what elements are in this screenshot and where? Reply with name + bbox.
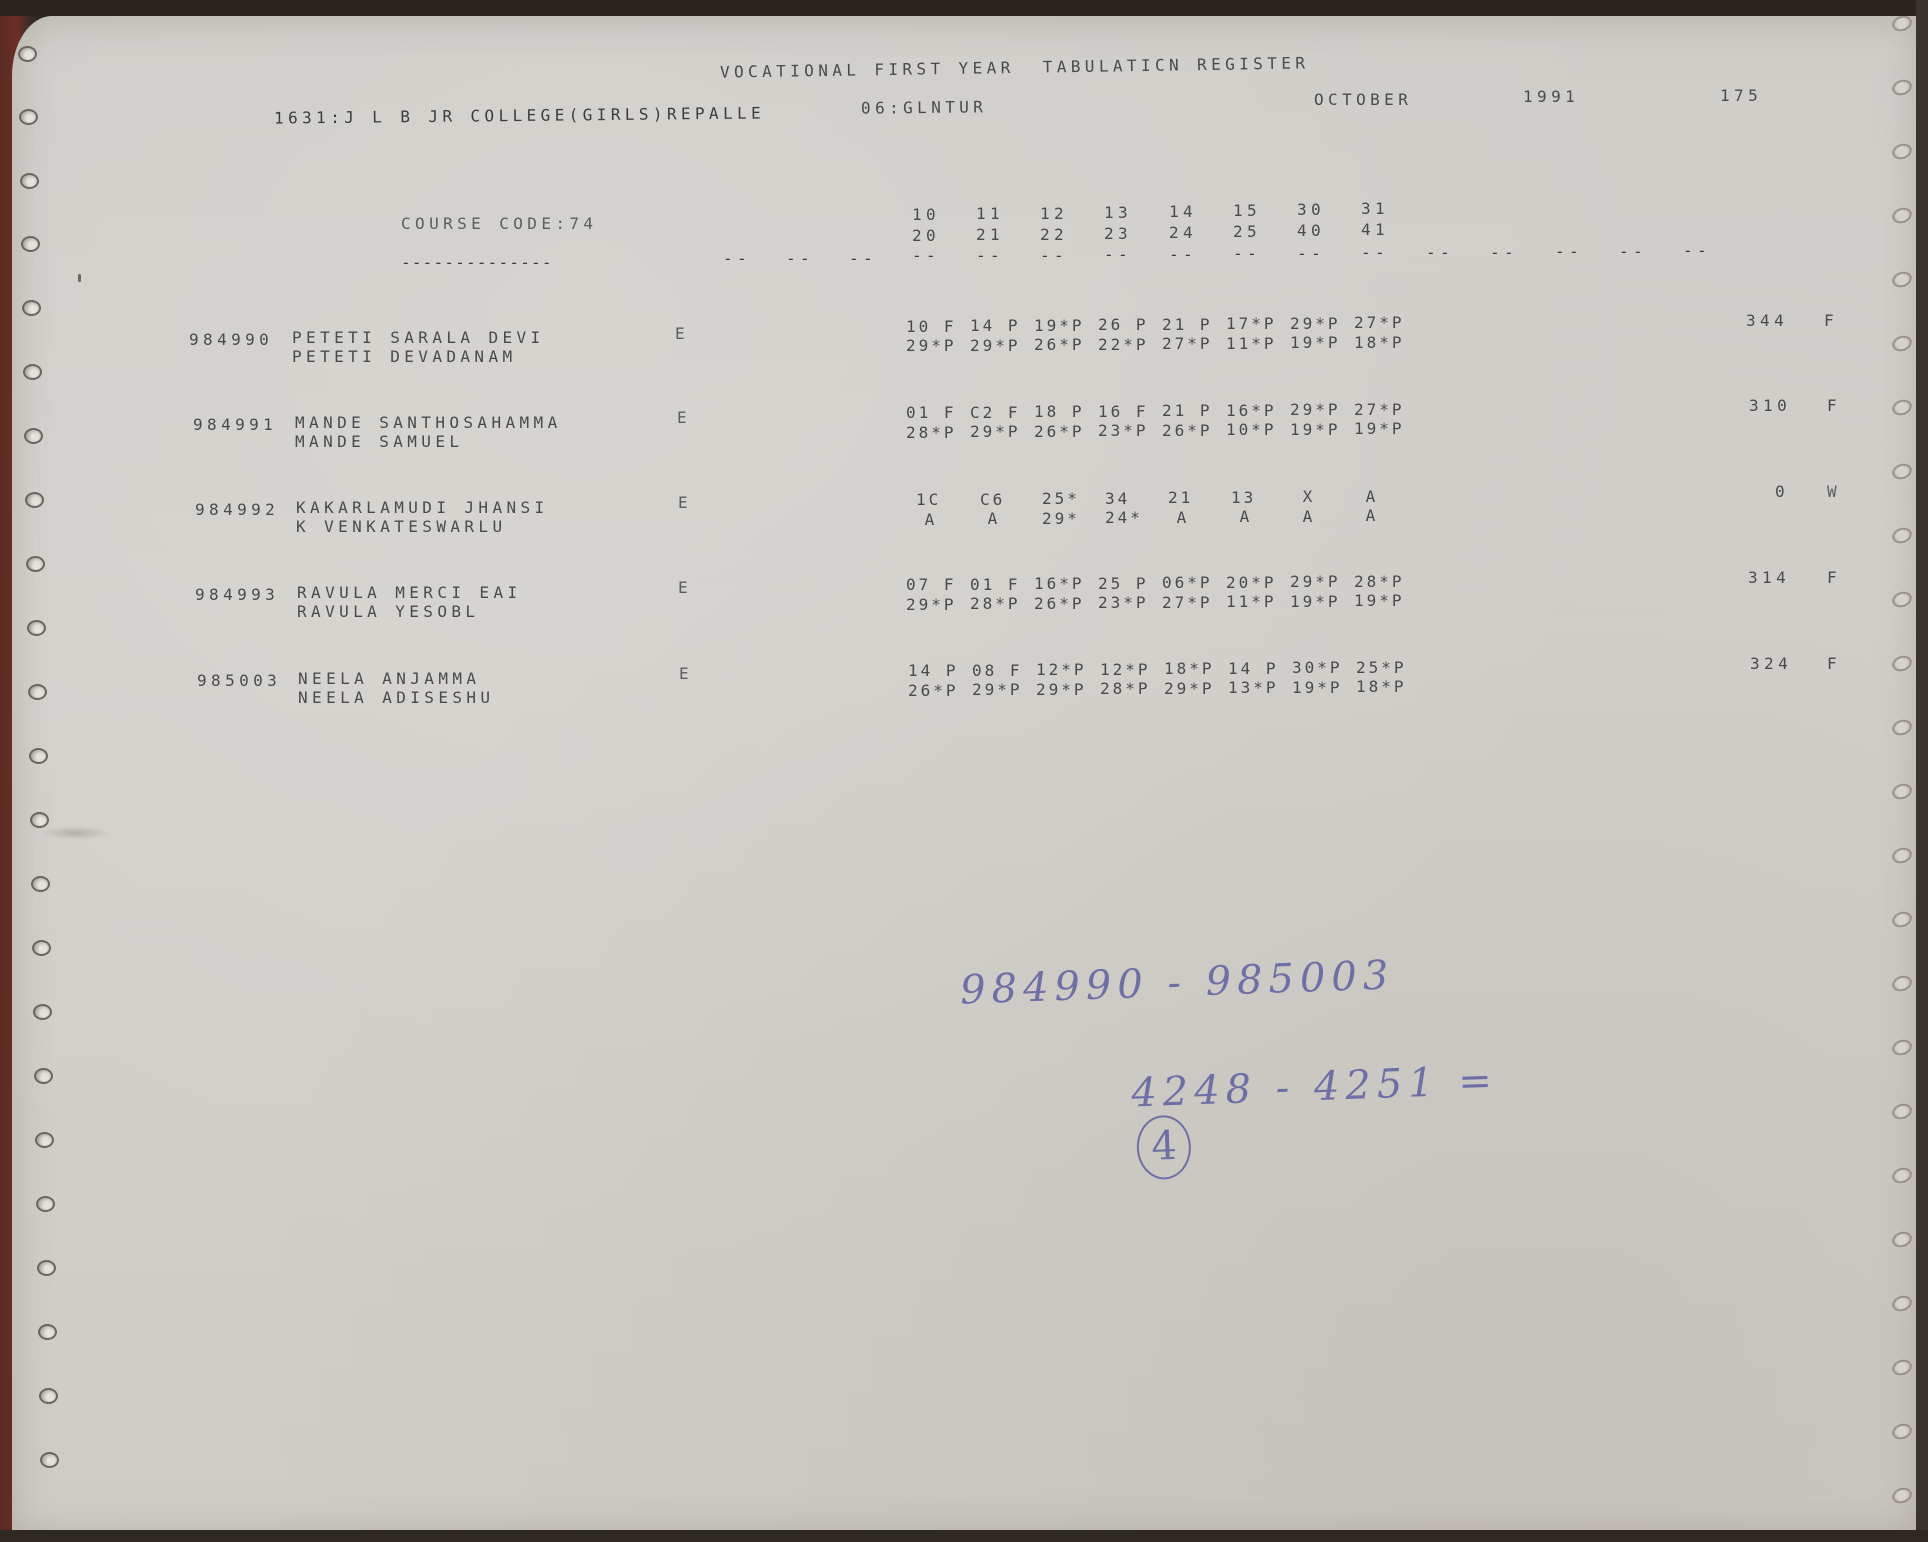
marks: 19*P — [1034, 318, 1085, 334]
parent-name: K VENKATESWARLU — [296, 519, 507, 535]
perforation-hole-icon — [36, 1196, 55, 1212]
hall-ticket-number: 984993 — [195, 587, 279, 603]
result: W — [1827, 484, 1841, 500]
student-name: MANDE SANTHOSAHAMMA — [295, 415, 562, 431]
perforation-hole-icon — [35, 1132, 54, 1148]
marks: 18*P — [1164, 661, 1215, 677]
circled-count: 4 — [1136, 1114, 1192, 1180]
subject-code: 10 — [912, 207, 940, 223]
marks: 08 F — [972, 663, 1023, 679]
subject-code: 12 — [1040, 206, 1068, 222]
perforation-hole-icon — [26, 556, 45, 572]
medium: E — [675, 326, 689, 342]
marks: 01 F — [970, 577, 1021, 593]
perforation-hole-icon — [1890, 717, 1914, 737]
marks: 26 P — [1098, 317, 1149, 333]
dash: -- — [786, 251, 814, 267]
marks: 21 — [1168, 490, 1219, 506]
marks: 19*P — [1290, 422, 1341, 438]
marks: C2 F — [970, 405, 1021, 421]
marks: 13*P — [1228, 680, 1279, 696]
marks: 19*P — [1354, 421, 1405, 437]
marks: 26*P — [1034, 424, 1085, 440]
dash: -- — [849, 251, 877, 267]
marks: 34 — [1105, 491, 1156, 507]
perforation-hole-icon — [1890, 589, 1914, 609]
perforation-hole-icon — [1890, 653, 1914, 673]
marks: 16 F — [1098, 404, 1149, 420]
marks: 29*P — [1164, 681, 1215, 697]
perforation-hole-icon — [34, 1068, 53, 1084]
subject-code: 21 — [976, 227, 1004, 243]
marks: A — [1353, 489, 1404, 505]
marks: 14 P — [970, 318, 1021, 334]
student-name: NEELA ANJAMMA — [298, 671, 480, 687]
marks: 19*P — [1354, 593, 1405, 609]
student-name: RAVULA MERCI EAI — [297, 585, 522, 601]
marks: 06*P — [1162, 575, 1213, 591]
marks: 14 P — [908, 663, 959, 679]
perforation-hole-icon — [1890, 77, 1914, 97]
dash: -- — [1619, 244, 1647, 260]
photo-stage: VOCATIONAL FIRST YEAR TABULATICN REGISTE… — [0, 0, 1928, 1542]
subject-code: 23 — [1104, 226, 1132, 242]
result: F — [1827, 656, 1841, 672]
perforation-hole-icon — [1890, 1421, 1914, 1441]
perforation-hole-icon — [1890, 1293, 1914, 1313]
perforation-hole-icon — [1890, 1037, 1914, 1057]
perforation-hole-icon — [1890, 973, 1914, 993]
marks: 27*P — [1162, 595, 1213, 611]
perforation-hole-icon — [19, 109, 38, 125]
perforation-hole-icon — [1890, 1101, 1914, 1121]
perforation-hole-icon — [24, 428, 43, 444]
marks: 22*P — [1098, 337, 1149, 353]
perforation-hole-icon — [25, 492, 44, 508]
total-marks: 314 — [1748, 570, 1790, 586]
marks: 29*P — [970, 424, 1021, 440]
medium: E — [679, 666, 693, 682]
hall-ticket-number: 984991 — [193, 417, 277, 433]
marks: 30*P — [1292, 660, 1343, 676]
perforation-hole-icon — [1890, 205, 1914, 225]
marks: 10 F — [906, 319, 957, 335]
subject-code: 15 — [1233, 203, 1261, 219]
marks: 20*P — [1226, 575, 1277, 591]
dash: -- — [1683, 243, 1711, 259]
marks: 12*P — [1100, 662, 1151, 678]
perforation-hole-icon — [1890, 269, 1914, 289]
exam-year: 1991 — [1523, 89, 1579, 105]
perforation-hole-icon — [1890, 1229, 1914, 1249]
exam-month: OCTOBER — [1314, 92, 1412, 108]
handwritten-serial-text: 4248 - 4251 = — [1130, 1058, 1498, 1117]
dash: -- — [1104, 247, 1132, 263]
perforation-hole-icon — [1890, 781, 1914, 801]
marks: A — [1164, 510, 1215, 526]
marks: 26*P — [1034, 337, 1085, 353]
perforation-hole-icon — [32, 940, 51, 956]
marks: 18*P — [1356, 679, 1407, 695]
subject-code: 24 — [1169, 225, 1197, 241]
hall-ticket-number: 984992 — [195, 502, 279, 518]
marks: 16*P — [1226, 403, 1277, 419]
marks: 26*P — [1162, 423, 1213, 439]
marks: A — [1290, 509, 1341, 525]
marks: 23*P — [1098, 423, 1149, 439]
perforation-hole-icon — [23, 364, 42, 380]
paper-crease — [40, 826, 110, 840]
marks: 19*P — [1290, 335, 1341, 351]
parent-name: PETETI DEVADANAM — [292, 349, 517, 365]
marks: A — [912, 512, 963, 528]
page-number: 175 — [1720, 88, 1762, 104]
dash: -- — [1555, 244, 1583, 260]
marks: 28*P — [1354, 574, 1405, 590]
marks: 28*P — [970, 596, 1021, 612]
marks: 29*P — [1036, 682, 1087, 698]
marks: 25* — [1042, 491, 1093, 507]
dash: -- — [1297, 246, 1325, 262]
perforation-hole-icon — [38, 1324, 57, 1340]
marks: 18*P — [1354, 335, 1405, 351]
marks: 29*P — [970, 338, 1021, 354]
marks: 29*P — [1290, 316, 1341, 332]
total-marks: 0 — [1775, 484, 1789, 500]
subject-code: 41 — [1361, 222, 1389, 238]
marks: 10*P — [1226, 422, 1277, 438]
marks: A — [1227, 509, 1278, 525]
marks: 07 F — [906, 577, 957, 593]
result: F — [1827, 570, 1841, 586]
marks: 29* — [1042, 511, 1093, 527]
marks: 16*P — [1034, 576, 1085, 592]
marks: 28*P — [1100, 681, 1151, 697]
marks: C6 — [980, 492, 1031, 508]
hall-ticket-number: 985003 — [197, 673, 281, 689]
perforation-hole-icon — [40, 1452, 59, 1468]
course-code-underline: -------------- — [401, 255, 553, 271]
perforation-hole-icon — [1890, 909, 1914, 929]
dash: -- — [1169, 247, 1197, 263]
marks: A — [1353, 508, 1404, 524]
total-marks: 324 — [1750, 656, 1792, 672]
perforation-hole-icon — [31, 876, 50, 892]
perforation-hole-icon — [30, 812, 49, 828]
perforation-hole-icon — [33, 1004, 52, 1020]
dash: -- — [1490, 245, 1518, 261]
marks: 1C — [916, 492, 967, 508]
marks: 17*P — [1226, 316, 1277, 332]
college-name: 1631:J L B JR COLLEGE(GIRLS)REPALLE — [274, 105, 765, 126]
perforation-hole-icon — [1890, 13, 1914, 33]
parent-name: RAVULA YESOBL — [297, 604, 479, 620]
total-marks: 344 — [1746, 313, 1788, 329]
marks: 12*P — [1036, 662, 1087, 678]
perforation-hole-icon — [1890, 845, 1914, 865]
subject-code: 20 — [912, 228, 940, 244]
perforation-hole-icon — [1890, 525, 1914, 545]
marks: A — [975, 511, 1026, 527]
medium: E — [678, 580, 692, 596]
marks: 26*P — [908, 683, 959, 699]
marks: 13 — [1231, 490, 1282, 506]
perforation-hole-icon — [1890, 141, 1914, 161]
perforation-hole-icon — [21, 236, 40, 252]
hall-ticket-number: 984990 — [189, 332, 273, 348]
perforation-hole-icon — [1890, 1485, 1914, 1505]
register-title: VOCATIONAL FIRST YEAR TABULATICN REGISTE… — [720, 55, 1310, 80]
marks: 25*P — [1356, 660, 1407, 676]
perforation-hole-icon — [22, 300, 41, 316]
perforation-hole-icon — [39, 1388, 58, 1404]
subject-code: 25 — [1233, 224, 1261, 240]
dash: -- — [1233, 246, 1261, 262]
dash: -- — [976, 248, 1004, 264]
marks: 11*P — [1226, 594, 1277, 610]
marks: 18 P — [1034, 404, 1085, 420]
marks: 26*P — [1034, 596, 1085, 612]
marks: 29*P — [906, 597, 957, 613]
subject-code: 22 — [1040, 227, 1068, 243]
marks: 21 P — [1162, 403, 1213, 419]
marks: 19*P — [1290, 594, 1341, 610]
total-marks: 310 — [1749, 398, 1791, 414]
perforation-hole-icon — [27, 620, 46, 636]
subject-code: 30 — [1297, 202, 1325, 218]
subject-code: 40 — [1297, 223, 1325, 239]
dash: -- — [1426, 245, 1454, 261]
marks: 19*P — [1292, 680, 1343, 696]
result: F — [1824, 313, 1838, 329]
handwritten-range: 984990 - 985003 — [959, 952, 1395, 1013]
medium: E — [678, 495, 692, 511]
subject-code: 11 — [976, 206, 1004, 222]
perforation-hole-icon — [18, 46, 37, 62]
perforation-hole-icon — [29, 748, 48, 764]
district: 06:GLNTUR — [861, 99, 987, 116]
parent-name: MANDE SAMUEL — [295, 434, 463, 450]
perforation-hole-icon — [28, 684, 47, 700]
paper-mark-icon — [78, 274, 81, 282]
perforation-hole-icon — [20, 173, 39, 189]
student-name: PETETI SARALA DEVI — [292, 330, 545, 346]
subject-code: 31 — [1361, 201, 1389, 217]
dash: -- — [723, 251, 751, 267]
subject-code: 13 — [1104, 205, 1132, 221]
marks: 29*P — [972, 682, 1023, 698]
marks: 01 F — [906, 405, 957, 421]
marks: 24* — [1105, 510, 1156, 526]
marks: 23*P — [1098, 595, 1149, 611]
marks: 27*P — [1354, 402, 1405, 418]
result: F — [1827, 398, 1841, 414]
perforation-hole-icon — [1890, 397, 1914, 417]
marks: X — [1290, 489, 1341, 505]
perforation-hole-icon — [1890, 1165, 1914, 1185]
student-name: KAKARLAMUDI JHANSI — [296, 500, 549, 516]
marks: 21 P — [1162, 317, 1213, 333]
marks: 27*P — [1162, 336, 1213, 352]
marks: 29*P — [1290, 402, 1341, 418]
perforation-hole-icon — [1890, 333, 1914, 353]
marks: 11*P — [1226, 336, 1277, 352]
printout-sheet: VOCATIONAL FIRST YEAR TABULATICN REGISTE… — [12, 16, 1920, 1536]
dash: -- — [912, 248, 940, 264]
perforation-hole-icon — [1890, 1357, 1914, 1377]
perforation-hole-icon — [37, 1260, 56, 1276]
medium: E — [677, 410, 691, 426]
dash: -- — [1040, 248, 1068, 264]
dash: -- — [1361, 245, 1389, 261]
course-code: COURSE CODE:74 — [401, 216, 597, 232]
subject-code: 14 — [1169, 204, 1197, 220]
parent-name: NEELA ADISESHU — [298, 690, 494, 706]
marks: 14 P — [1228, 661, 1279, 677]
handwritten-serial-range: 4248 - 4251 = 4 — [1017, 1012, 1503, 1231]
marks: 28*P — [906, 425, 957, 441]
marks: 27*P — [1354, 315, 1405, 331]
marks: 29*P — [906, 338, 957, 354]
marks: 25 P — [1098, 576, 1149, 592]
marks: 29*P — [1290, 574, 1341, 590]
perforation-hole-icon — [1890, 461, 1914, 481]
